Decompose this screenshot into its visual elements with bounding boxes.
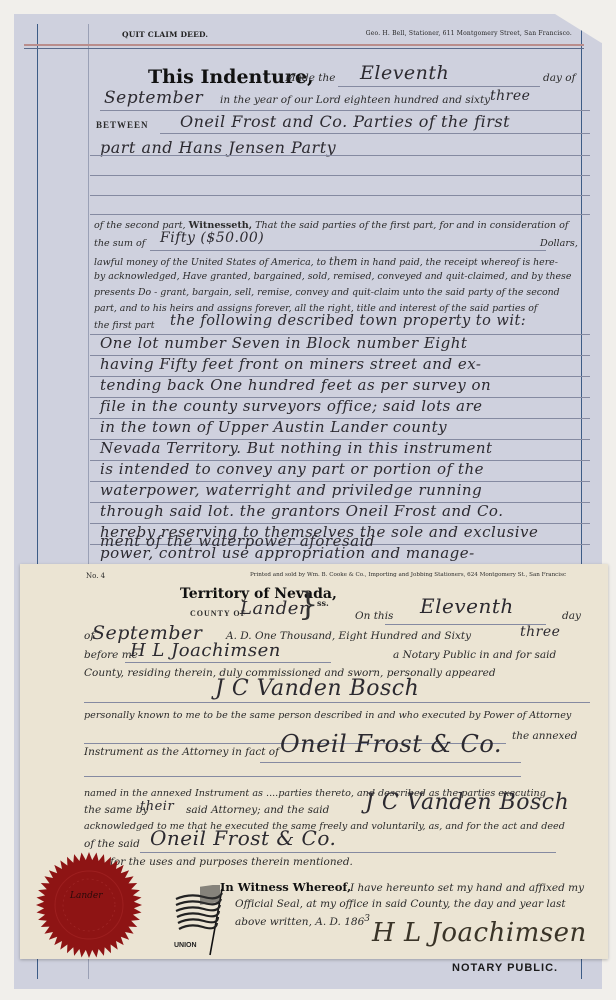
property-line-2: One lot number Seven in Block number Eig… — [100, 334, 467, 352]
presents-line: presents Do - grant, bargain, sell, remi… — [94, 287, 560, 298]
blank-line-3 — [90, 195, 590, 196]
notary-name: H L Joachimsen — [130, 640, 281, 661]
property-line-5: file in the county surveyors office; sai… — [100, 397, 483, 415]
lawful-text: lawful money of the United States of Ame… — [94, 257, 326, 268]
property-line-9: waterpower, waterright and priviledge ru… — [100, 481, 482, 499]
deed-day-value: Eleventh — [360, 62, 449, 84]
property-line-10: through said lot. the grantors Oneil Fro… — [100, 502, 503, 520]
witnesseth-post: That the said parties of the first part,… — [255, 220, 568, 231]
county-label: COUNTY OF — [190, 609, 246, 618]
header-rule-blue — [24, 48, 584, 49]
between-label: BETWEEN — [96, 120, 149, 130]
red-wax-seal: Lander — [36, 852, 142, 958]
property-line-8: is intended to convey any part or portio… — [100, 460, 484, 478]
deed-month-value: September — [104, 88, 203, 108]
to-whom: them — [329, 255, 357, 268]
known-text: personally known to me to be the same pe… — [84, 710, 571, 721]
of-the-said-label: of the said — [84, 838, 140, 850]
cert-year-value: three — [520, 624, 560, 640]
witness-text-3: above written, A. D. 1863 — [235, 914, 370, 928]
ss-label: ss. — [317, 598, 329, 608]
blank-cert-line — [84, 776, 521, 777]
day-of-label: day of — [543, 72, 575, 84]
form-title: QUIT CLAIM DEED. — [122, 30, 208, 39]
between-line — [160, 133, 590, 134]
annexed-label: the annexed — [512, 730, 577, 742]
sum-value: Fifty ($50.00) — [160, 230, 264, 246]
sum-label: the sum of — [94, 238, 145, 249]
instrument-text: Instrument as the Attorney in fact of — [84, 746, 279, 758]
first-part-label: the first part — [94, 320, 154, 331]
acknowledged-line: by acknowledged, Have granted, bargained… — [94, 271, 571, 282]
same-by-label: the same by — [84, 804, 148, 816]
blank-line-4 — [90, 214, 590, 215]
month-line — [100, 110, 590, 111]
svg-text:UNION: UNION — [174, 942, 197, 949]
header-rule-red — [24, 44, 584, 46]
deed-year-value: three — [490, 88, 530, 104]
lawful-line: lawful money of the United States of Ame… — [94, 255, 558, 268]
principal-line — [260, 762, 521, 763]
property-line-1: the following described town property to… — [170, 313, 526, 329]
form-number: No. 4 — [86, 572, 105, 580]
union-flag-icon: UNION — [170, 885, 230, 957]
property-line-6: in the town of Upper Austin Lander count… — [100, 418, 447, 436]
made-the-label: Made the — [285, 72, 335, 84]
said-attorney-text: said Attorney; and the said — [186, 804, 329, 816]
cert-day-value: Eleventh — [420, 594, 514, 618]
their-value: their — [140, 799, 174, 814]
first-party: Oneil Frost and Co. Parties of the first — [180, 112, 510, 131]
uses-text: for the uses and purposes therein mentio… — [110, 856, 353, 868]
in-witness-heading: In Witness Whereof, — [220, 880, 351, 894]
notary-name-line — [125, 662, 331, 663]
year-text: in the year of our Lord eighteen hundred… — [220, 94, 490, 106]
appeared-line — [84, 702, 590, 703]
witness-text-1: I have hereunto set my hand and affixed … — [350, 882, 584, 894]
stationer-imprint: Geo. H. Bell, Stationer, 611 Montgomery … — [366, 30, 572, 37]
brace: } — [298, 588, 318, 620]
property-line-3: having Fifty feet front on miners street… — [100, 355, 481, 373]
principal-name-2: Oneil Frost & Co. — [150, 826, 336, 850]
lawful-post: in hand paid, the receipt whereof is her… — [360, 257, 557, 268]
sum-line — [150, 250, 546, 251]
printer-imprint: Printed and sold by Wm. B. Cooke & Co., … — [250, 572, 566, 578]
notary-public-label: NOTARY PUBLIC. — [452, 962, 558, 974]
property-line-13: ment of the waterpower aforesaid — [100, 532, 375, 550]
day-label: day — [562, 610, 581, 622]
notary-signature: H L Joachimsen — [372, 918, 587, 948]
appeared-name: J C Vanden Bosch — [215, 676, 419, 701]
notary-public-text: a Notary Public in and for said — [393, 649, 556, 661]
witness-year-digit: 3 — [364, 914, 370, 924]
day-line — [338, 86, 540, 87]
attorney-name: J C Vanden Bosch — [365, 790, 569, 815]
blank-line-2 — [90, 175, 590, 176]
svg-text:Lander: Lander — [69, 891, 103, 901]
witness-year-prefix: above written, A. D. 186 — [235, 916, 364, 928]
property-line-7: Nevada Territory. But nothing in this in… — [100, 439, 493, 457]
dollars-label: Dollars, — [540, 238, 578, 249]
on-this-label: On this — [355, 610, 393, 622]
property-line-4: tending back One hundred feet as per sur… — [100, 376, 491, 394]
blank-line-1 — [90, 155, 590, 156]
witness-text-2: Official Seal, at my office in said Coun… — [235, 898, 566, 910]
principal-name: Oneil Frost & Co. — [280, 730, 502, 758]
principal-line-2 — [140, 852, 556, 853]
